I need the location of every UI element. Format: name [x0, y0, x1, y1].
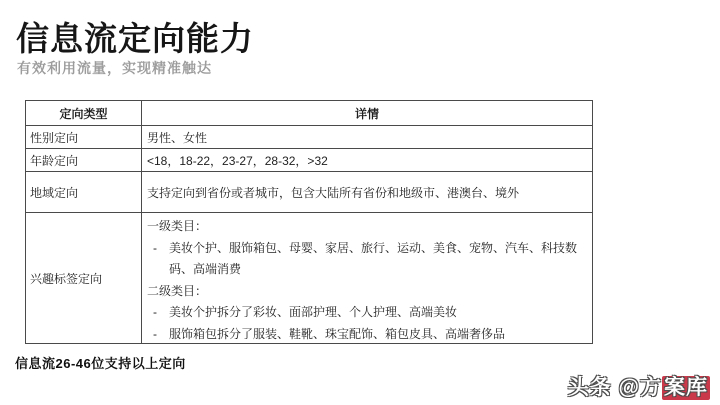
list-item-text: 服饰箱包拆分了服装、鞋靴、珠宝配饰、箱包皮具、高端奢侈品: [169, 324, 592, 346]
page-title: 信息流定向能力: [16, 13, 254, 60]
header-cell-type: 定向类型: [26, 101, 142, 125]
row-type-cell: 年龄定向: [26, 149, 142, 171]
list-item: - 服饰箱包拆分了服装、鞋靴、珠宝配饰、箱包皮具、高端奢侈品: [147, 324, 592, 346]
bullet-dash: -: [147, 238, 169, 281]
level2-title: 二级类目：: [147, 281, 592, 303]
list-item-text: 美妆个护拆分了彩妆、面部护理、个人护理、高端美妆: [169, 302, 592, 324]
list-item-text: 美妆个护、服饰箱包、母婴、家居、旅行、运动、美食、宠物、汽车、科技数码、高端消费: [169, 238, 592, 281]
table-header-row: 定向类型 详情: [26, 101, 592, 126]
list-item: - 美妆个护、服饰箱包、母婴、家居、旅行、运动、美食、宠物、汽车、科技数码、高端…: [147, 238, 592, 281]
page-subtitle: 有效利用流量，实现精准触达: [17, 58, 212, 78]
header-cell-detail: 详情: [142, 101, 592, 125]
bullet-dash: -: [147, 302, 169, 324]
table-row-gender: 性别定向 男性、女性: [26, 126, 592, 149]
watermark-prefix: 头条 @方: [568, 376, 662, 399]
row-type-cell: 兴趣标签定向: [26, 213, 142, 343]
row-detail-cell: 男性、女性: [142, 126, 592, 148]
row-type-cell: 地域定向: [26, 172, 142, 212]
footnote: 信息流26-46位支持以上定向: [15, 353, 186, 372]
row-detail-cell: 一级类目： - 美妆个护、服饰箱包、母婴、家居、旅行、运动、美食、宠物、汽车、科…: [142, 213, 592, 343]
toutiao-watermark: 头条 @方案库: [568, 371, 710, 401]
row-type-cell: 性别定向: [26, 126, 142, 148]
targeting-table: 定向类型 详情 性别定向 男性、女性 年龄定向 <18，18-22，23-27，…: [25, 100, 593, 344]
bullet-dash: -: [147, 324, 169, 346]
row-detail-cell: 支持定向到省份或者城市，包含大陆所有省份和地级市、港澳台、境外: [142, 172, 592, 212]
list-item: - 美妆个护拆分了彩妆、面部护理、个人护理、高端美妆: [147, 302, 592, 324]
level1-title: 一级类目：: [147, 216, 592, 238]
watermark-highlight: 案库: [662, 376, 710, 400]
table-row-region: 地域定向 支持定向到省份或者城市，包含大陆所有省份和地级市、港澳台、境外: [26, 172, 592, 213]
row-detail-cell: <18，18-22，23-27，28-32，>32: [142, 149, 592, 171]
table-row-age: 年龄定向 <18，18-22，23-27，28-32，>32: [26, 149, 592, 172]
table-row-interest: 兴趣标签定向 一级类目： - 美妆个护、服饰箱包、母婴、家居、旅行、运动、美食、…: [26, 213, 592, 343]
